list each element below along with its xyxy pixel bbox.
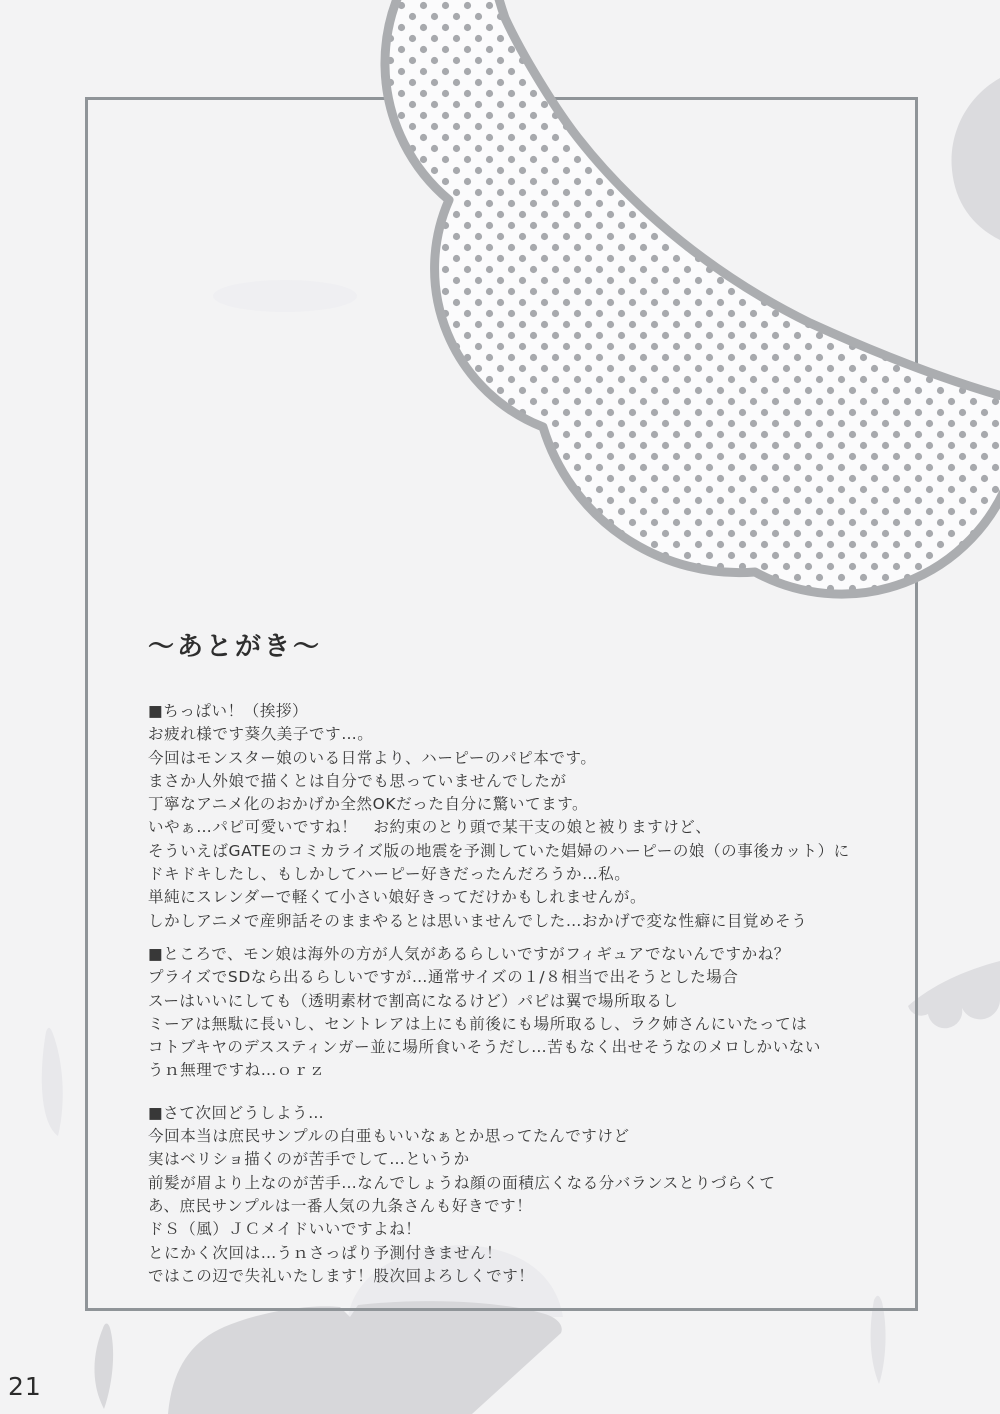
afterword-content: ～あとがき～ ■ちっぱい！（挨拶） お疲れ様です葵久美子です…。 今回はモンスタ… — [148, 630, 888, 1288]
decor-leaf-left — [42, 1028, 63, 1136]
text-line: ではこの辺で失礼いたします！股次回よろしくです！ — [148, 1265, 888, 1288]
text-line: ■ちっぱい！（挨拶） — [148, 700, 888, 723]
text-line: うｎ無理ですね…ｏｒｚ — [148, 1059, 888, 1082]
scan-page: ～あとがき～ ■ちっぱい！（挨拶） お疲れ様です葵久美子です…。 今回はモンスタ… — [0, 0, 1000, 1414]
dotted-wing-decoration — [0, 0, 1000, 650]
text-line: ■ところで、モン娘は海外の方が人気があるらしいですがフィギュアでないんですかね？ — [148, 943, 888, 966]
afterword-paragraph-3: ■さて次回どうしよう… 今回本当は庶民サンプルの白亜もいいなぁとか思ってたんです… — [148, 1102, 888, 1288]
decor-dome-bottom — [168, 1301, 562, 1414]
text-line: 実はベリショ描くのが苦手でして…というか — [148, 1148, 888, 1171]
afterword-paragraph-2: ■ところで、モン娘は海外の方が人気があるらしいですがフィギュアでないんですかね？… — [148, 943, 888, 1083]
text-line: 丁寧なアニメ化のおかげか全然OKだった自分に驚いてます。 — [148, 793, 888, 816]
text-line: お疲れ様です葵久美子です…。 — [148, 723, 888, 746]
text-line: あ、庶民サンプルは一番人気の九条さんも好きです！ — [148, 1195, 888, 1218]
text-line: そういえばGATEのコミカライズ版の地震を予測していた娼婦のハーピーの娘（の事後… — [148, 840, 888, 863]
text-line: スーはいいにしても（透明素材で割高になるけど）パピは翼で場所取るし — [148, 990, 888, 1013]
afterword-title: ～あとがき～ — [148, 630, 888, 664]
text-line: プライズでSDなら出るらしいですが…通常サイズの１/８相当で出そうとした場合 — [148, 966, 888, 989]
text-line: ミーアは無駄に長いし、セントレアは上にも前後にも場所取るし、ラク姉さんにいたって… — [148, 1013, 888, 1036]
text-line: ■さて次回どうしよう… — [148, 1102, 888, 1125]
text-line: コトブキヤのデススティンガー並に場所食いそうだし…苦もなく出せそうなのメロしかい… — [148, 1036, 888, 1059]
text-line: まさか人外娘で描くとは自分でも思っていませんでしたが — [148, 770, 888, 793]
text-line: 今回はモンスター娘のいる日常より、ハーピーのパピ本です。 — [148, 747, 888, 770]
decor-cloud-right — [908, 961, 1000, 1028]
wing-shape — [385, 0, 1000, 594]
text-line: しかしアニメで産卵話そのままやるとは思いませんでした…おかげで変な性癖に目覚めそ… — [148, 910, 888, 933]
afterword-paragraph-1: ■ちっぱい！（挨拶） お疲れ様です葵久美子です…。 今回はモンスター娘のいる日常… — [148, 700, 888, 933]
text-line: ドＳ（風）ＪＣメイドいいですよね！ — [148, 1218, 888, 1241]
page-number: 21 — [8, 1372, 42, 1401]
text-line: ドキドキしたし、もしかしてハーピー好きだったんだろうか…私。 — [148, 863, 888, 886]
text-line: 前髪が眉より上なのが苦手…なんでしょうね顔の面積広くなる分バランスとりづらくて — [148, 1172, 888, 1195]
text-line: いやぁ…パピ可愛いですね！ お約束のとり頭で某干支の娘と被りますけど、 — [148, 816, 888, 839]
text-line: 今回本当は庶民サンプルの白亜もいいなぁとか思ってたんですけど — [148, 1125, 888, 1148]
text-line: とにかく次回は…うｎさっぱり予測付きません！ — [148, 1242, 888, 1265]
decor-petal-bottom-left — [94, 1324, 113, 1410]
text-line: 単純にスレンダーで軽くて小さい娘好きってだけかもしれませんが。 — [148, 886, 888, 909]
